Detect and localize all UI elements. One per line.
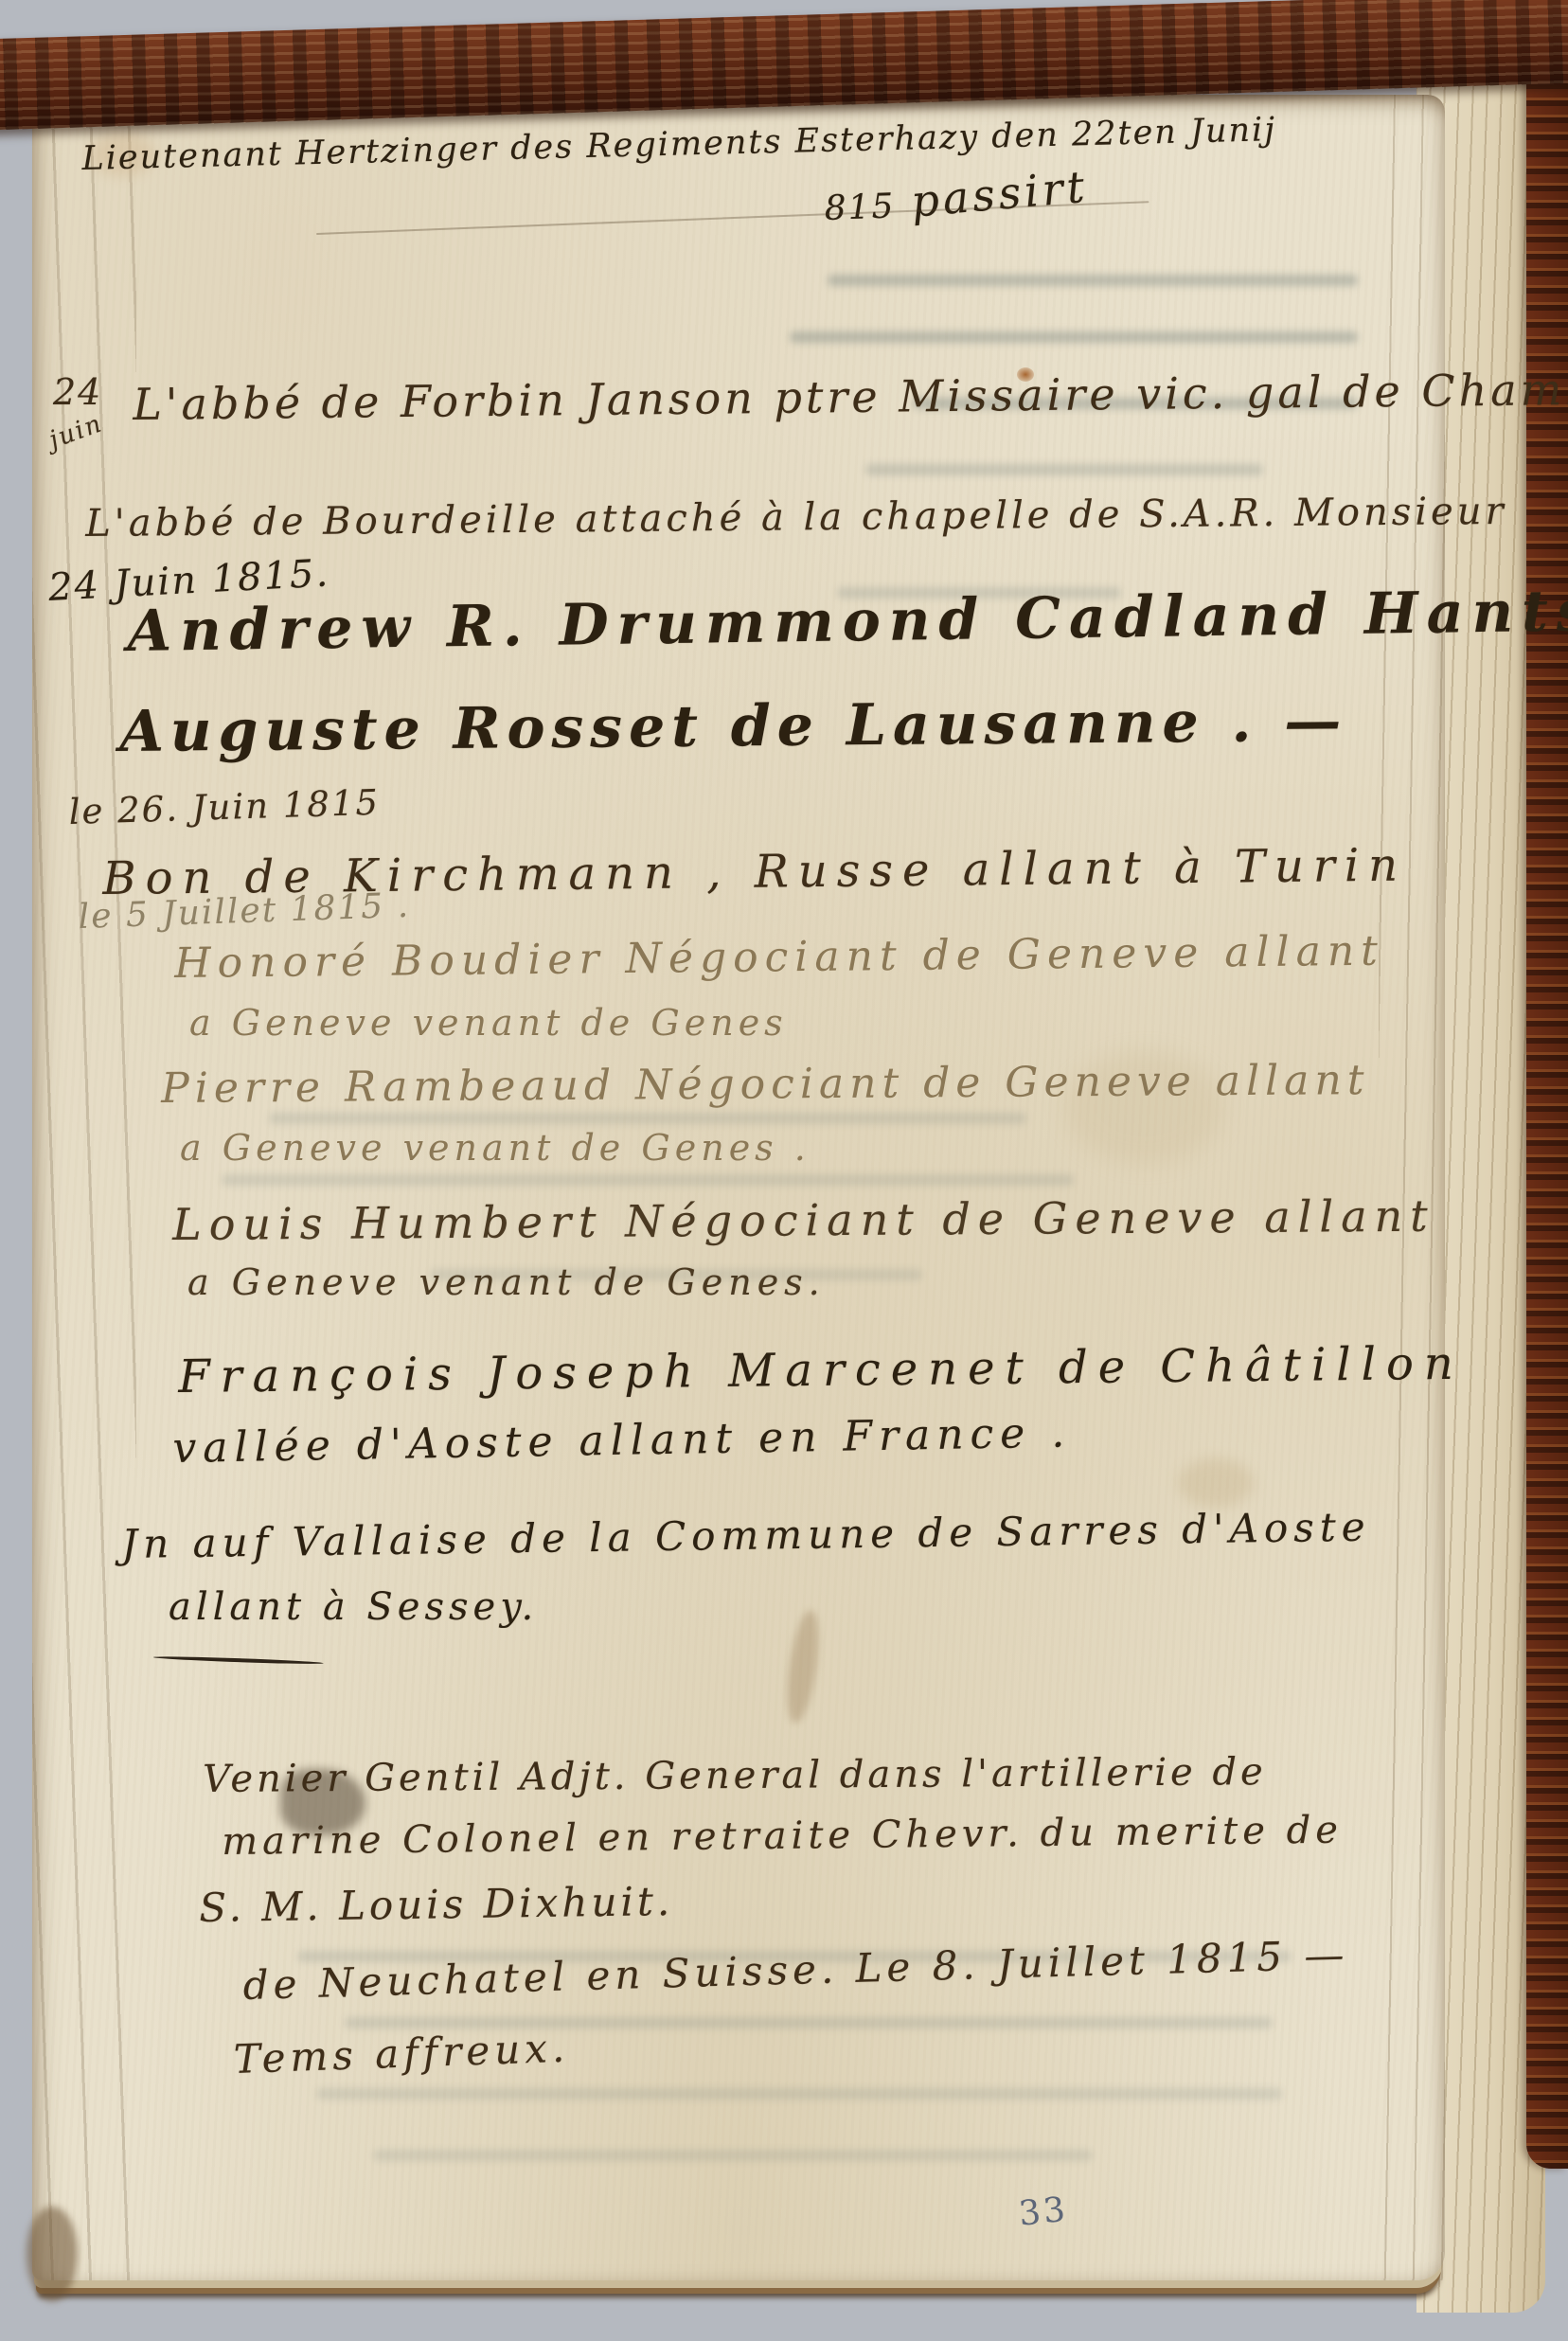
entry-line-german-note-signature: passirt (909, 161, 1090, 227)
entry-line-forbin: L'abbé de Forbin Janson ptre Missaire vi… (133, 363, 1568, 430)
stain (782, 1609, 824, 1725)
show-through-ghost-text (222, 1174, 1074, 1186)
page-edge-crease-lines (1379, 95, 1445, 2280)
entry-line-marcenet-1: François Joseph Marcenet de Châtillon (178, 1337, 1464, 1403)
entry-line-marcenet-2: vallée d'Aoste allant en France . (172, 1408, 1072, 1473)
entry-line-boudier-1: Honoré Boudier Négociant de Geneve allan… (174, 927, 1384, 988)
entry-line-date-26-june: le 26. Juin 1815 (68, 782, 381, 832)
entry-line-gentil-3: S. M. Louis Dixhuit. (199, 1878, 673, 1931)
entry-line-gentil-4: de Neuchatel en Suisse. Le 8. Juillet 18… (242, 1931, 1349, 2009)
entry-line-boudier-2: a Geneve venant de Genes (189, 1002, 788, 1044)
entry-line-bourdeille: L'abbé de Bourdeille attaché à la chapel… (85, 490, 1507, 545)
entry-line-rosset: Auguste Rosset de Lausanne . — (119, 688, 1348, 765)
entry-line-rambeaud-1: Pierre Rambeaud Négociant de Geneve alla… (161, 1056, 1370, 1113)
show-through-ghost-text (373, 2150, 1093, 2161)
show-through-ghost-text (316, 2088, 1282, 2100)
show-through-ghost-text (790, 331, 1358, 343)
page-number: 33 (1017, 2190, 1070, 2234)
show-through-ghost-text (828, 275, 1358, 286)
entry-line-german-note-3: 815 (824, 187, 896, 228)
manuscript-page: Obristlieut. Wanaura beim Regiment Ester… (32, 95, 1445, 2280)
entry-line-gentil-2: marine Colonel en retraite Chevr. du mer… (222, 1809, 1343, 1864)
show-through-ghost-text (865, 464, 1263, 475)
entry-line-gentil-1: Venier Gentil Adjt. General dans l'artil… (203, 1750, 1267, 1801)
stain (1178, 1458, 1254, 1508)
entry-line-vallaise-1: Jn auf Vallaise de la Commune de Sarres … (121, 1504, 1371, 1567)
stain (27, 2207, 78, 2301)
entry-line-humbert-1: Louis Humbert Négociant de Geneve allant (172, 1190, 1435, 1250)
signature-flourish-line (316, 201, 1149, 235)
entry-line-drummond: Andrew R. Drummond Cadland Hants (127, 578, 1568, 665)
margin-day: 24 (53, 371, 102, 413)
entry-line-vallaise-2: allant à Sessey. (169, 1585, 538, 1629)
margin-month: juin (45, 409, 107, 455)
flourish-dash (153, 1655, 324, 1665)
book-cover-right-edge (1526, 0, 1568, 2169)
show-through-ghost-text (269, 1113, 1026, 1124)
entry-line-gentil-5: Tems affreux. (233, 2025, 570, 2082)
entry-line-humbert-2: a Geneve venant de Genes. (187, 1261, 826, 1303)
entry-line-rambeaud-2: a Geneve venant de Genes . (180, 1127, 811, 1169)
scanned-book-page: Obristlieut. Wanaura beim Regiment Ester… (0, 0, 1568, 2341)
